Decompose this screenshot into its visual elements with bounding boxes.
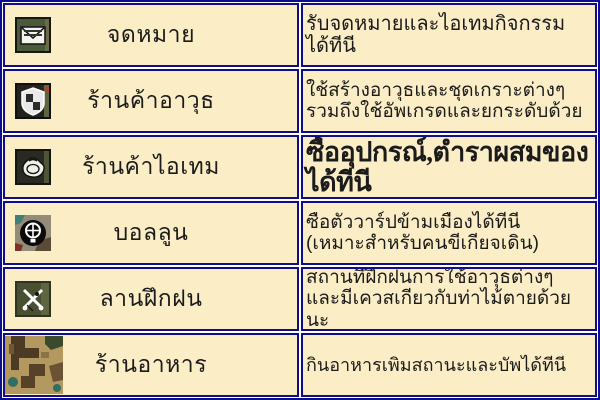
- row-balloon-title-cell: บอลลูน: [3, 201, 299, 265]
- restaurant-map-icon: [5, 336, 63, 394]
- desc-line: ซือตัววาร์ปข้ามเมืองได้ทีนี: [306, 212, 592, 233]
- row-restaurant-desc-cell: กินอาหารเพิมสถานะและบัพได้ทีนี: [301, 333, 597, 397]
- training-ground-icon: [15, 281, 51, 317]
- row-item-shop-title-cell: ร้านค้าไอเทม: [3, 135, 299, 199]
- row-mail-title-cell: จดหมาย: [3, 3, 299, 67]
- desc-line: รับจดหมายและไอเทมกิจกรรมได้ทีนี: [306, 13, 592, 58]
- balloon-icon: [15, 215, 51, 251]
- row-item-shop-desc-cell: ซื้ออุปกรณ์,ตำราผสมของได้ทีนี: [301, 135, 597, 199]
- item-shop-icon: [15, 149, 51, 185]
- desc-line: ซื้ออุปกรณ์,ตำราผสมของได้ทีนี: [306, 137, 592, 197]
- desc-line: รวมถึงใช้อัพเกรดและยกระดับด้วย: [306, 101, 592, 122]
- weapon-shop-icon: [15, 83, 51, 119]
- row-restaurant-title-cell: ร้านอาหาร: [3, 333, 299, 397]
- town-facilities-guide-table: จดหมาย รับจดหมายและไอเทมกิจกรรมได้ทีนี ร…: [0, 0, 600, 400]
- row-balloon-desc-cell: ซือตัววาร์ปข้ามเมืองได้ทีนี (เหมาะสำหรับ…: [301, 201, 597, 265]
- row-training-desc-cell: สถานทีฝึกฝนการใช้อาวุธต่างๆ และมีเควสเกี…: [301, 267, 597, 331]
- mail-icon: [15, 17, 51, 53]
- desc-line: กินอาหารเพิมสถานะและบัพได้ทีนี: [306, 355, 592, 375]
- desc-line: ใช้สร้างอาวุธและชุดเกราะต่างๆ: [306, 80, 592, 101]
- desc-line: (เหมาะสำหรับคนขีเกียจเดิน): [306, 233, 592, 254]
- row-weapon-shop-desc-cell: ใช้สร้างอาวุธและชุดเกราะต่างๆ รวมถึงใช้อ…: [301, 69, 597, 133]
- desc-line: และมีเควสเกียวกับท่าไม้ตายด้วยนะ: [306, 288, 592, 331]
- row-weapon-shop-title-cell: ร้านค้าอาวุธ: [3, 69, 299, 133]
- row-training-title-cell: ลานฝึกฝน: [3, 267, 299, 331]
- row-mail-desc-cell: รับจดหมายและไอเทมกิจกรรมได้ทีนี: [301, 3, 597, 67]
- desc-line: สถานทีฝึกฝนการใช้อาวุธต่างๆ: [306, 267, 592, 288]
